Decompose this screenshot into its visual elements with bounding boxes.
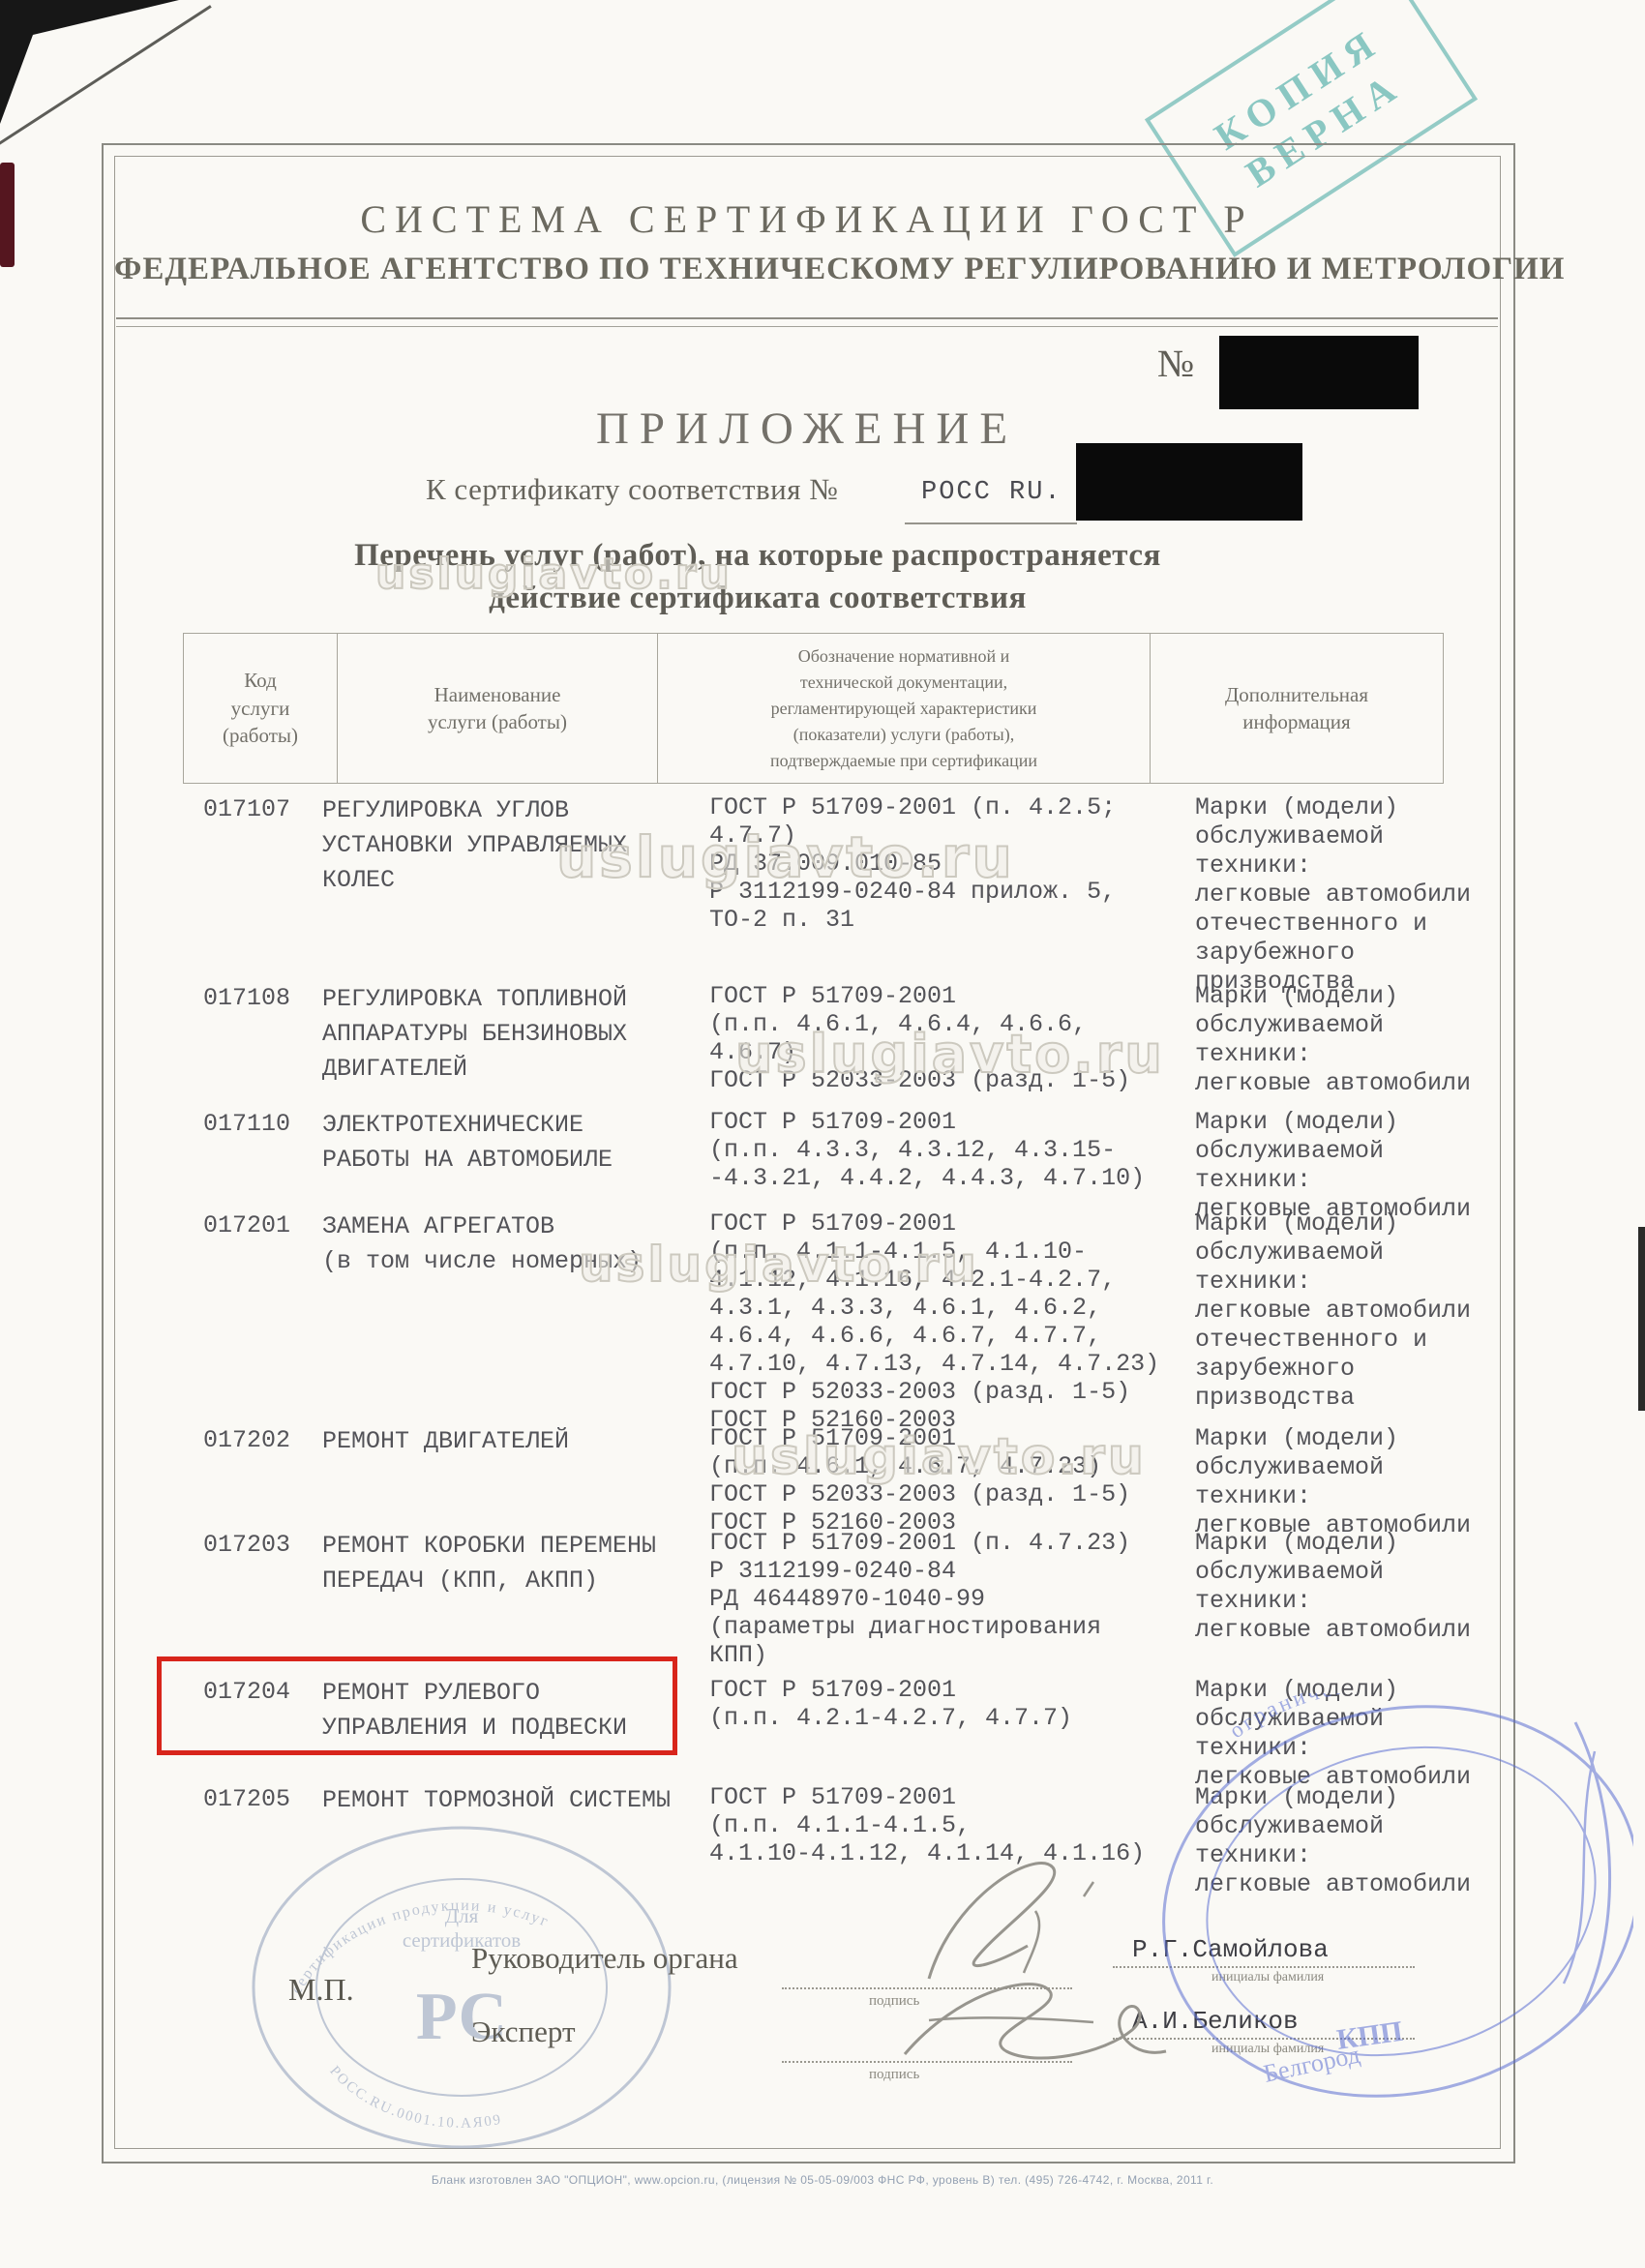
site-watermark: uslugiavto.ru bbox=[732, 1428, 1147, 1486]
table-header-row: Код услуги (работы) Наименование услуги … bbox=[184, 633, 1444, 784]
redacted-certificate-number bbox=[1076, 443, 1302, 521]
cell-name: РЕГУЛИРОВКА ТОПЛИВНОЙ АППАРАТУРЫ БЕНЗИНО… bbox=[322, 982, 719, 1087]
head-of-body-label: Руководитель органа bbox=[471, 1941, 738, 1976]
cell-info: Марки (модели) обслуживаемой техники: ле… bbox=[1195, 982, 1497, 1098]
scan-edge-smudge bbox=[0, 163, 15, 267]
scan-edge-sliver bbox=[1638, 1227, 1645, 1411]
cell-name: ЭЛЕКТРОТЕХНИЧЕСКИЕ РАБОТЫ НА АВТОМОБИЛЕ bbox=[322, 1108, 719, 1178]
form-printer-fine-print: Бланк изготовлен ЗАО "ОПЦИОН", www.opcio… bbox=[0, 2173, 1645, 2187]
cell-name: РЕМОНТ КОРОБКИ ПЕРЕМЕНЫ ПЕРЕДАЧ (КПП, АК… bbox=[322, 1529, 719, 1598]
cell-name: РЕМОНТ ДВИГАТЕЛЕЙ bbox=[322, 1424, 719, 1459]
header-separator-line bbox=[116, 317, 1498, 319]
scan-corner-artifact bbox=[0, 0, 189, 124]
round-stamp-arc-bottom: РОСС.RU.0001.10.АЯ09 bbox=[326, 2063, 503, 2131]
site-watermark: uslugiavto.ru bbox=[375, 550, 733, 599]
mp-seal-label: М.П. bbox=[288, 1972, 354, 2008]
redacted-appendix-number bbox=[1219, 336, 1419, 409]
site-watermark: uslugiavto.ru bbox=[556, 824, 1015, 890]
number-sign-label: № bbox=[1157, 341, 1194, 386]
site-watermark: uslugiavto.ru bbox=[579, 1237, 979, 1293]
blue-stamp-arc-text: ограниченной bbox=[1225, 1693, 1394, 1743]
certificate-number-underline bbox=[905, 522, 1077, 524]
certificate-reference-label: К сертификату соответствия № bbox=[426, 472, 838, 507]
site-watermark: uslugiavto.ru bbox=[735, 1024, 1165, 1085]
certification-system-title: СИСТЕМА СЕРТИФИКАЦИИ ГОСТ Р bbox=[114, 196, 1500, 242]
header-separator-line-2 bbox=[116, 326, 1498, 327]
round-stamp-line1: Для bbox=[445, 1904, 479, 1927]
blue-oval-stamp: ограниченной КПП Белгород bbox=[1092, 1693, 1633, 2119]
svg-text:РОСС.RU.0001.10.АЯ09: РОСС.RU.0001.10.АЯ09 bbox=[326, 2063, 503, 2131]
cell-info: Марки (модели) обслуживаемой техники: ле… bbox=[1195, 793, 1497, 997]
column-header-code: Код услуги (работы) bbox=[183, 633, 338, 784]
cell-docs: ГОСТ Р 51709-2001 (п.п. 4.3.3, 4.3.12, 4… bbox=[709, 1108, 1193, 1192]
cell-info: Марки (модели) обслуживаемой техники: ле… bbox=[1195, 1424, 1497, 1540]
blue-stamp-city-text: Белгород bbox=[1261, 2041, 1362, 2088]
federal-agency-subtitle: ФЕДЕРАЛЬНОЕ АГЕНТСТВО ПО ТЕХНИЧЕСКОМУ РЕ… bbox=[114, 252, 1500, 287]
svg-text:ограниченной: ограниченной bbox=[1225, 1693, 1394, 1743]
services-list-intro: Перечень услуг (работ), на которые распр… bbox=[114, 534, 1401, 619]
scanned-certificate-page: КОПИЯ ВЕРНА СИСТЕМА СЕРТИФИКАЦИИ ГОСТ Р … bbox=[0, 0, 1645, 2268]
cell-docs: ГОСТ Р 51709-2001 (п. 4.7.23) Р 3112199-… bbox=[709, 1529, 1193, 1669]
cell-info: Марки (модели) обслуживаемой техники: ле… bbox=[1195, 1108, 1497, 1224]
cell-name: РЕМОНТ ТОРМОЗНОЙ СИСТЕМЫ bbox=[322, 1783, 719, 1818]
cell-info: Марки (модели) обслуживаемой техники: ле… bbox=[1195, 1529, 1497, 1645]
cell-name: РЕМОНТ РУЛЕВОГО УПРАВЛЕНИЯ И ПОДВЕСКИ bbox=[322, 1676, 719, 1746]
certificate-number-prefix: РОСС RU. bbox=[921, 478, 1062, 507]
column-header-info: Дополнительная информация bbox=[1150, 633, 1444, 784]
cell-info: Марки (модели) обслуживаемой техники: ле… bbox=[1195, 1209, 1497, 1413]
column-header-name: Наименование услуги (работы) bbox=[337, 633, 658, 784]
expert-label: Эксперт bbox=[471, 2014, 576, 2049]
column-header-docs: Обозначение нормативной и технической до… bbox=[657, 633, 1151, 784]
